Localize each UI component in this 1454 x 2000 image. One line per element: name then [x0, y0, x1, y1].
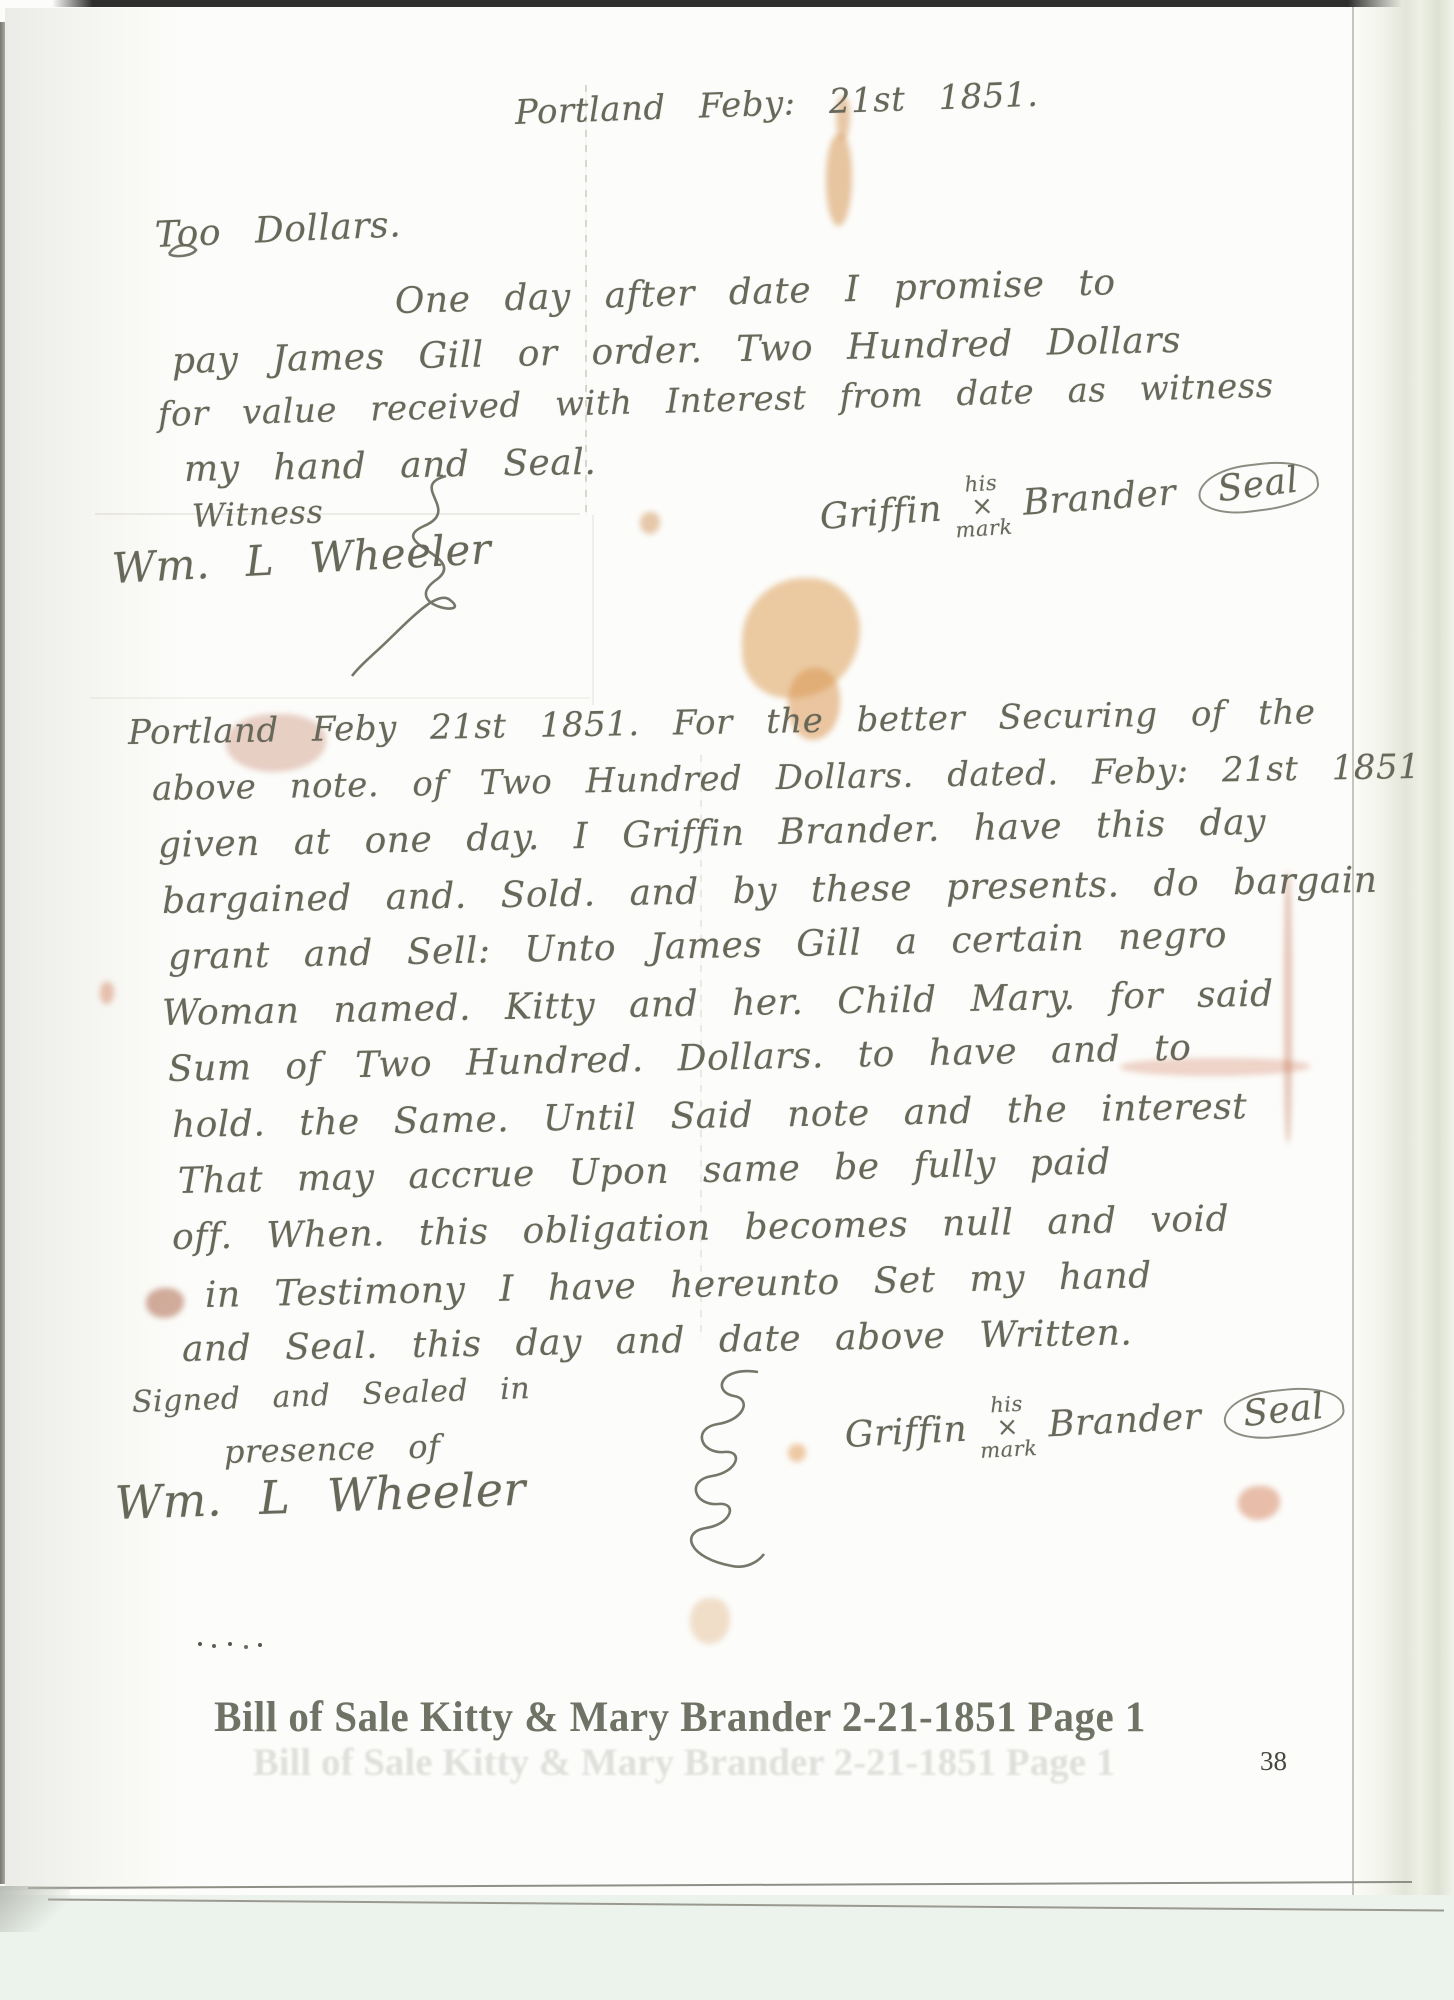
grantor-signature: Griffin his × mark Brander Seal	[843, 1378, 1346, 1469]
page-stack-edge	[1354, 0, 1454, 1912]
mark-label: mark	[955, 517, 1013, 541]
ink-specks	[198, 1642, 202, 1646]
scanned-page: Portland Feby: 21st 1851. Too Dollars. O…	[0, 0, 1454, 2000]
deed-line: bargained and. Sold. and by these presen…	[162, 863, 1378, 920]
stain	[788, 1444, 806, 1462]
witness-signature: Wm. L Wheeler	[114, 1466, 526, 1526]
his-mark: his × mark	[952, 473, 1014, 541]
deed-line: and Seal. this day and date above Writte…	[182, 1315, 1133, 1368]
stain	[1238, 1486, 1280, 1520]
page-number: 38	[1260, 1746, 1287, 1777]
deed-line: given at one day. I Griffin Brander. hav…	[158, 805, 1267, 864]
fold-line	[95, 513, 580, 515]
seal-scribble: Seal	[1221, 1383, 1346, 1443]
deed-line: Woman named. Kitty and her. Child Mary. …	[162, 977, 1274, 1032]
pen-mark	[166, 240, 202, 264]
grantor-surname: Brander	[1022, 475, 1178, 522]
flourish-squiggle	[620, 1362, 770, 1582]
witness-label: Witness	[191, 495, 323, 532]
caption: Bill of Sale Kitty & Mary Brander 2-21-1…	[120, 1691, 1240, 1742]
fold-line	[90, 697, 590, 699]
deed-line: hold. the Same. Until Said note and the …	[172, 1089, 1248, 1144]
deed-line: in Testimony I have hereunto Set my hand	[205, 1258, 1152, 1314]
scan-top-edge	[52, 0, 1402, 7]
stain	[826, 134, 852, 226]
page-corner-shadow	[0, 1886, 70, 1932]
his-mark: his × mark	[977, 1394, 1038, 1461]
scanner-bed	[0, 1895, 1454, 2000]
grantor-surname: Brander	[1047, 1400, 1202, 1444]
fold-line	[592, 515, 594, 705]
note-line: One day after date I promise to	[395, 265, 1116, 320]
page-bottom-edge	[28, 1881, 1412, 1889]
grantor-first-name: Griffin	[819, 492, 944, 536]
deed-line: off. When. this obligation becomes null …	[172, 1202, 1230, 1256]
stain	[690, 1598, 730, 1644]
grantor-signature: Griffin his × mark Brander Seal	[818, 451, 1321, 550]
book-gutter-edge	[0, 22, 5, 1884]
page-right-edge	[1352, 6, 1354, 1896]
deed-line: Portland Feby 21st 1851. For the better …	[128, 695, 1316, 750]
deed-line: above note. of Two Hundred Dollars. date…	[152, 750, 1421, 806]
attestation-line: presence of	[224, 1430, 441, 1468]
dateline: Portland Feby: 21st 1851.	[514, 78, 1038, 130]
stain	[640, 512, 660, 534]
seal-scribble: Seal	[1195, 456, 1321, 518]
caption-ghost: Bill of Sale Kitty & Mary Brander 2-21-1…	[124, 1740, 1244, 1785]
flourish-squiggle	[350, 470, 480, 680]
deed-line: That may accrue Upon same be fully paid	[178, 1144, 1112, 1200]
stain	[1284, 872, 1292, 1142]
deed-line: Sum of Two Hundred. Dollars. to have and…	[168, 1031, 1192, 1088]
mark-label: mark	[980, 1439, 1038, 1462]
book-gutter-shade	[5, 8, 185, 1890]
deed-line: grant and Sell: Unto James Gill a certai…	[168, 918, 1228, 976]
grantor-first-name: Griffin	[844, 1412, 968, 1454]
attestation-line: Signed and Sealed in	[131, 1374, 530, 1418]
